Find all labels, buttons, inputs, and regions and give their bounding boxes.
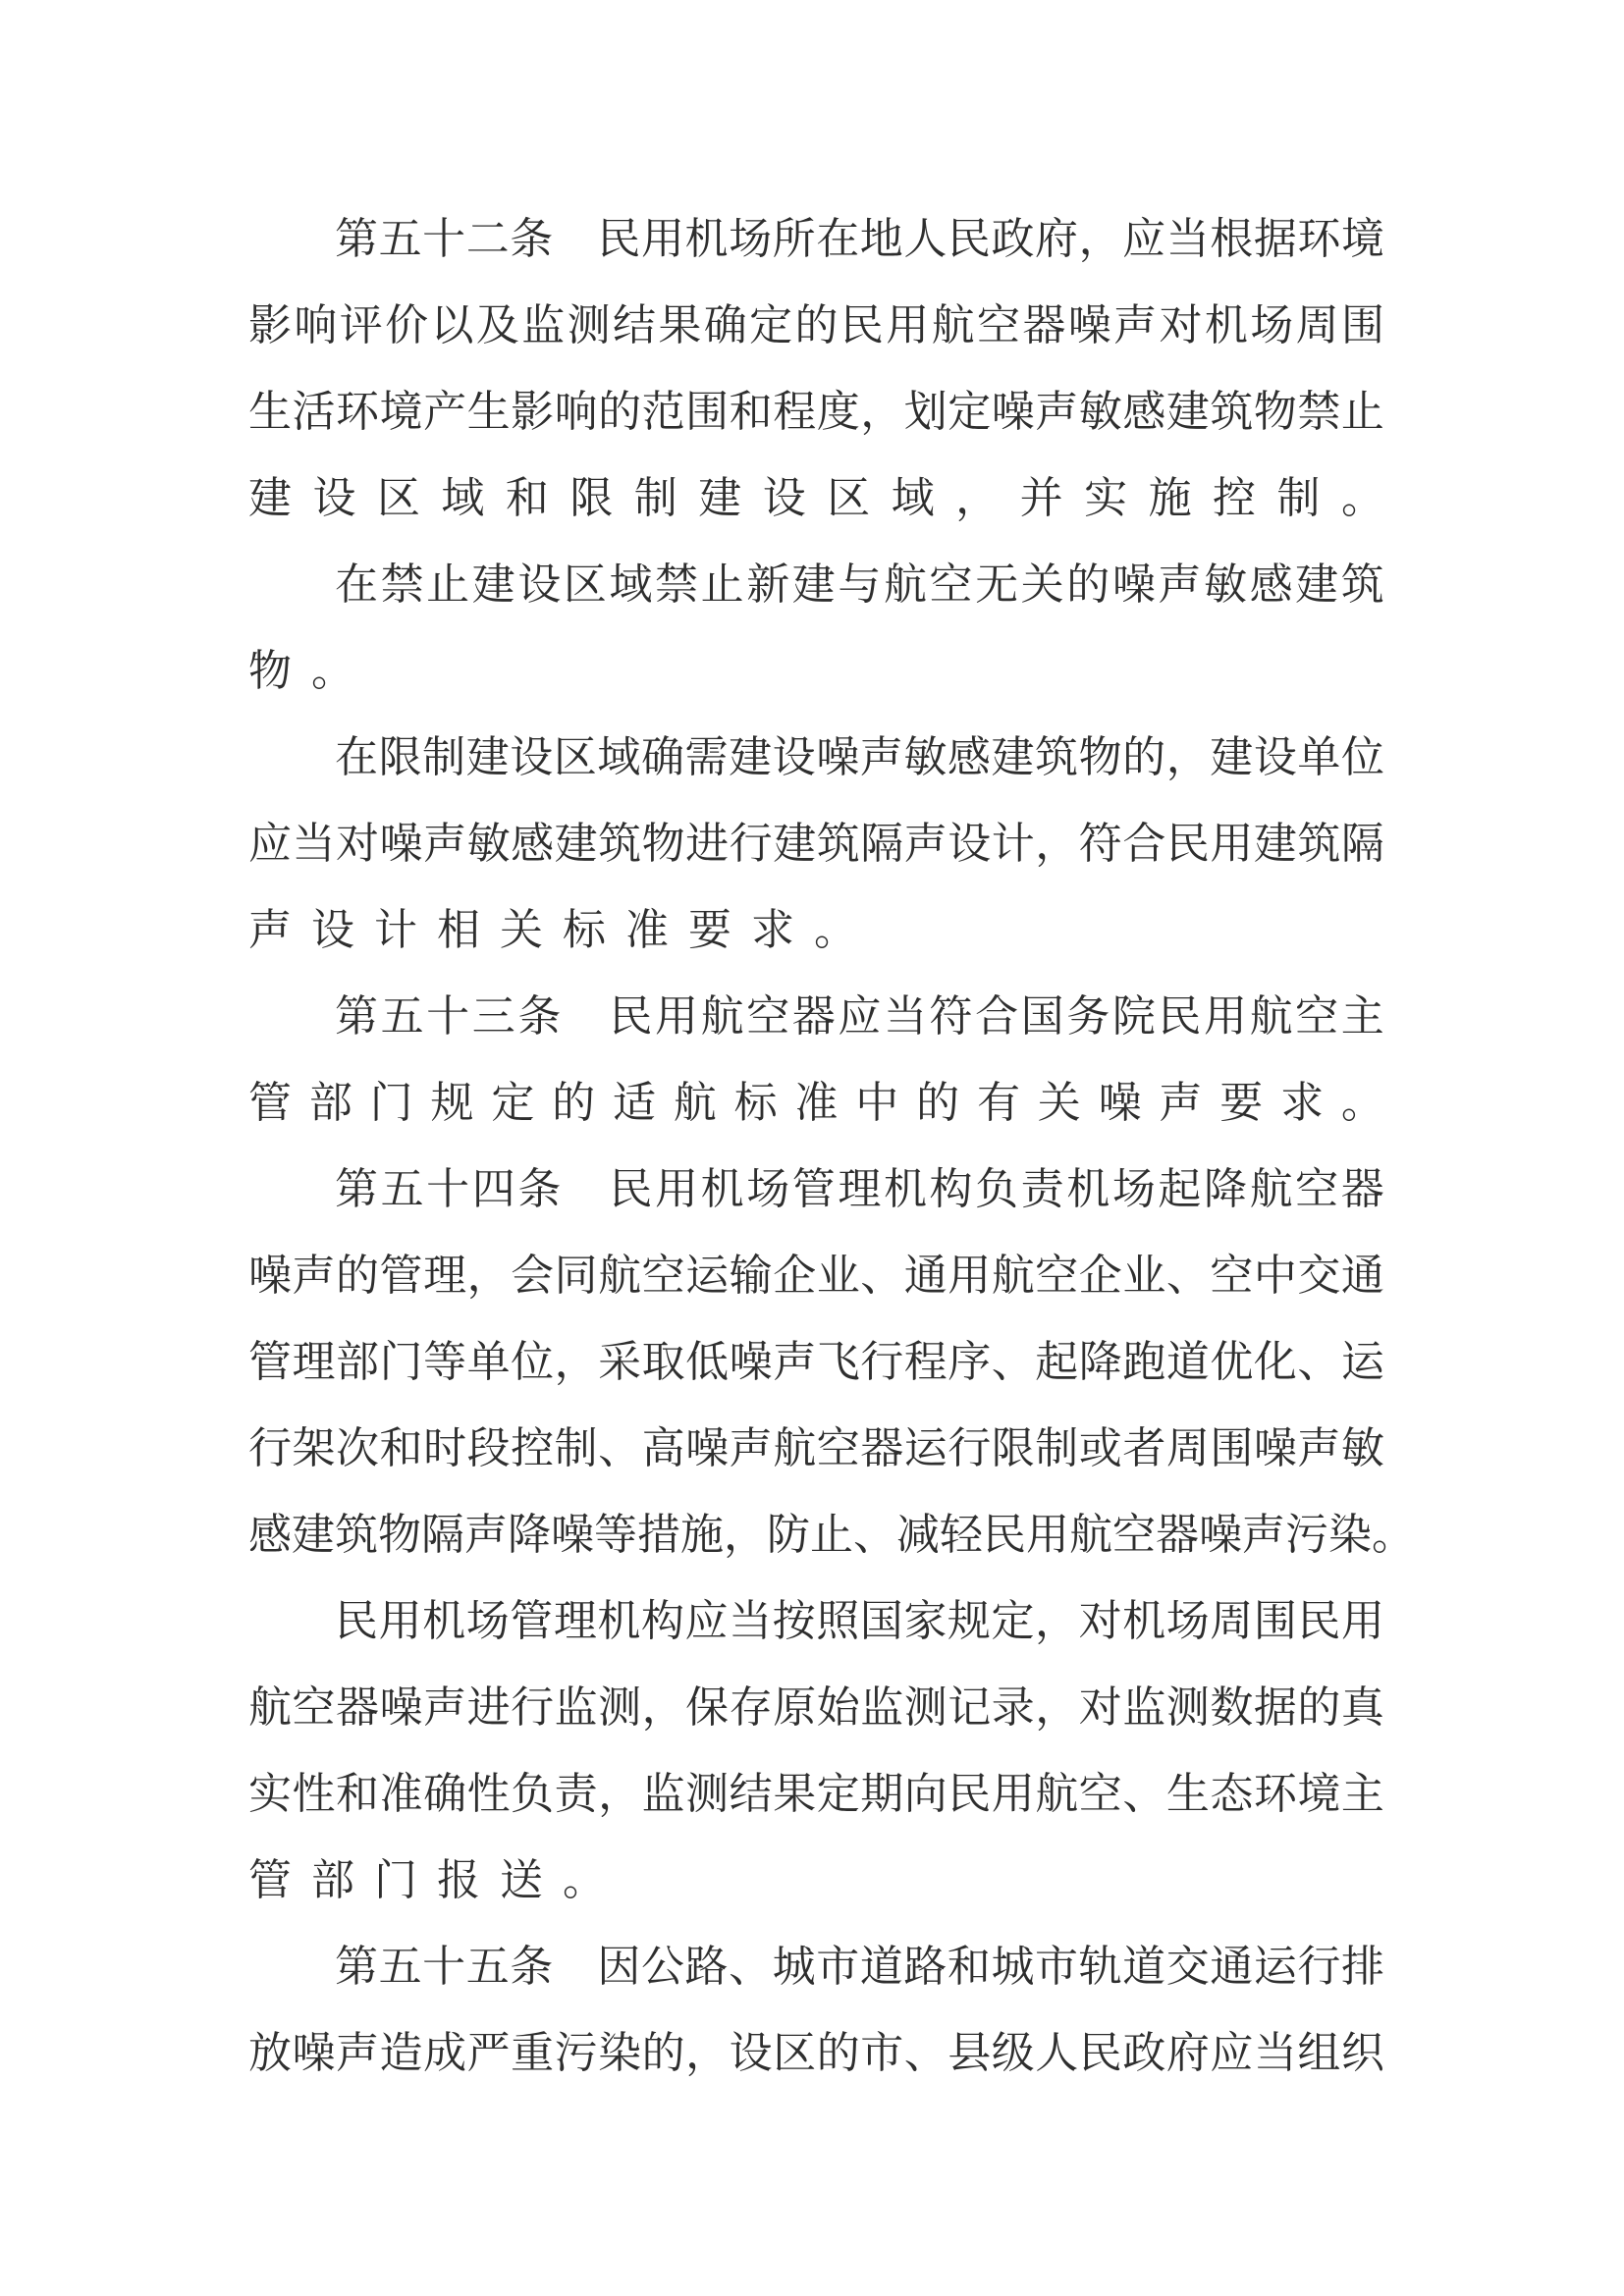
paragraph-line: 建设区域和限制建设区域，并实施控制。	[248, 455, 1384, 542]
paragraph-line: 在禁止建设区域禁止新建与航空无关的噪声敏感建筑	[248, 542, 1384, 628]
paragraph-line: 物。	[248, 628, 1384, 715]
paragraph-line: 管部门报送。	[248, 1838, 1384, 1924]
paragraph-line: 实性和准确性负责，监测结果定期向民用航空、生态环境主	[248, 1751, 1384, 1838]
paragraph-line: 民用机场管理机构应当按照国家规定，对机场周围民用	[248, 1578, 1384, 1665]
paragraph-line: 影响评价以及监测结果确定的民用航空器噪声对机场周围	[248, 283, 1384, 369]
article-heading-line: 第五十三条民用航空器应当符合国务院民用航空主	[248, 974, 1384, 1060]
paragraph-line: 声设计相关标准要求。	[248, 887, 1384, 974]
paragraph-line: 航空器噪声进行监测，保存原始监测记录，对监测数据的真	[248, 1665, 1384, 1751]
article-heading-line: 第五十五条因公路、城市道路和城市轨道交通运行排	[248, 1924, 1384, 2010]
paragraph-line: 感建筑物隔声降噪等措施，防止、减轻民用航空器噪声污染。	[248, 1492, 1384, 1578]
paragraph-line: 噪声的管理，会同航空运输企业、通用航空企业、空中交通	[248, 1233, 1384, 1319]
article-heading-line: 第五十二条民用机场所在地人民政府，应当根据环境	[248, 196, 1384, 283]
paragraph-line: 放噪声造成严重污染的，设区的市、县级人民政府应当组织	[248, 2010, 1384, 2097]
document-page: 第五十二条民用机场所在地人民政府，应当根据环境影响评价以及监测结果确定的民用航空…	[0, 0, 1624, 2296]
paragraph-line: 管理部门等单位，采取低噪声飞行程序、起降跑道优化、运	[248, 1319, 1384, 1406]
paragraph-line: 应当对噪声敏感建筑物进行建筑隔声设计，符合民用建筑隔	[248, 801, 1384, 887]
paragraph-line: 生活环境产生影响的范围和程度，划定噪声敏感建筑物禁止	[248, 369, 1384, 455]
document-body: 第五十二条民用机场所在地人民政府，应当根据环境影响评价以及监测结果确定的民用航空…	[248, 196, 1387, 2097]
article-heading-line: 第五十四条民用机场管理机构负责机场起降航空器	[248, 1147, 1384, 1233]
paragraph-line: 在限制建设区域确需建设噪声敏感建筑物的，建设单位	[248, 715, 1384, 801]
paragraph-line: 行架次和时段控制、高噪声航空器运行限制或者周围噪声敏	[248, 1406, 1384, 1492]
paragraph-line: 管部门规定的适航标准中的有关噪声要求。	[248, 1060, 1384, 1147]
